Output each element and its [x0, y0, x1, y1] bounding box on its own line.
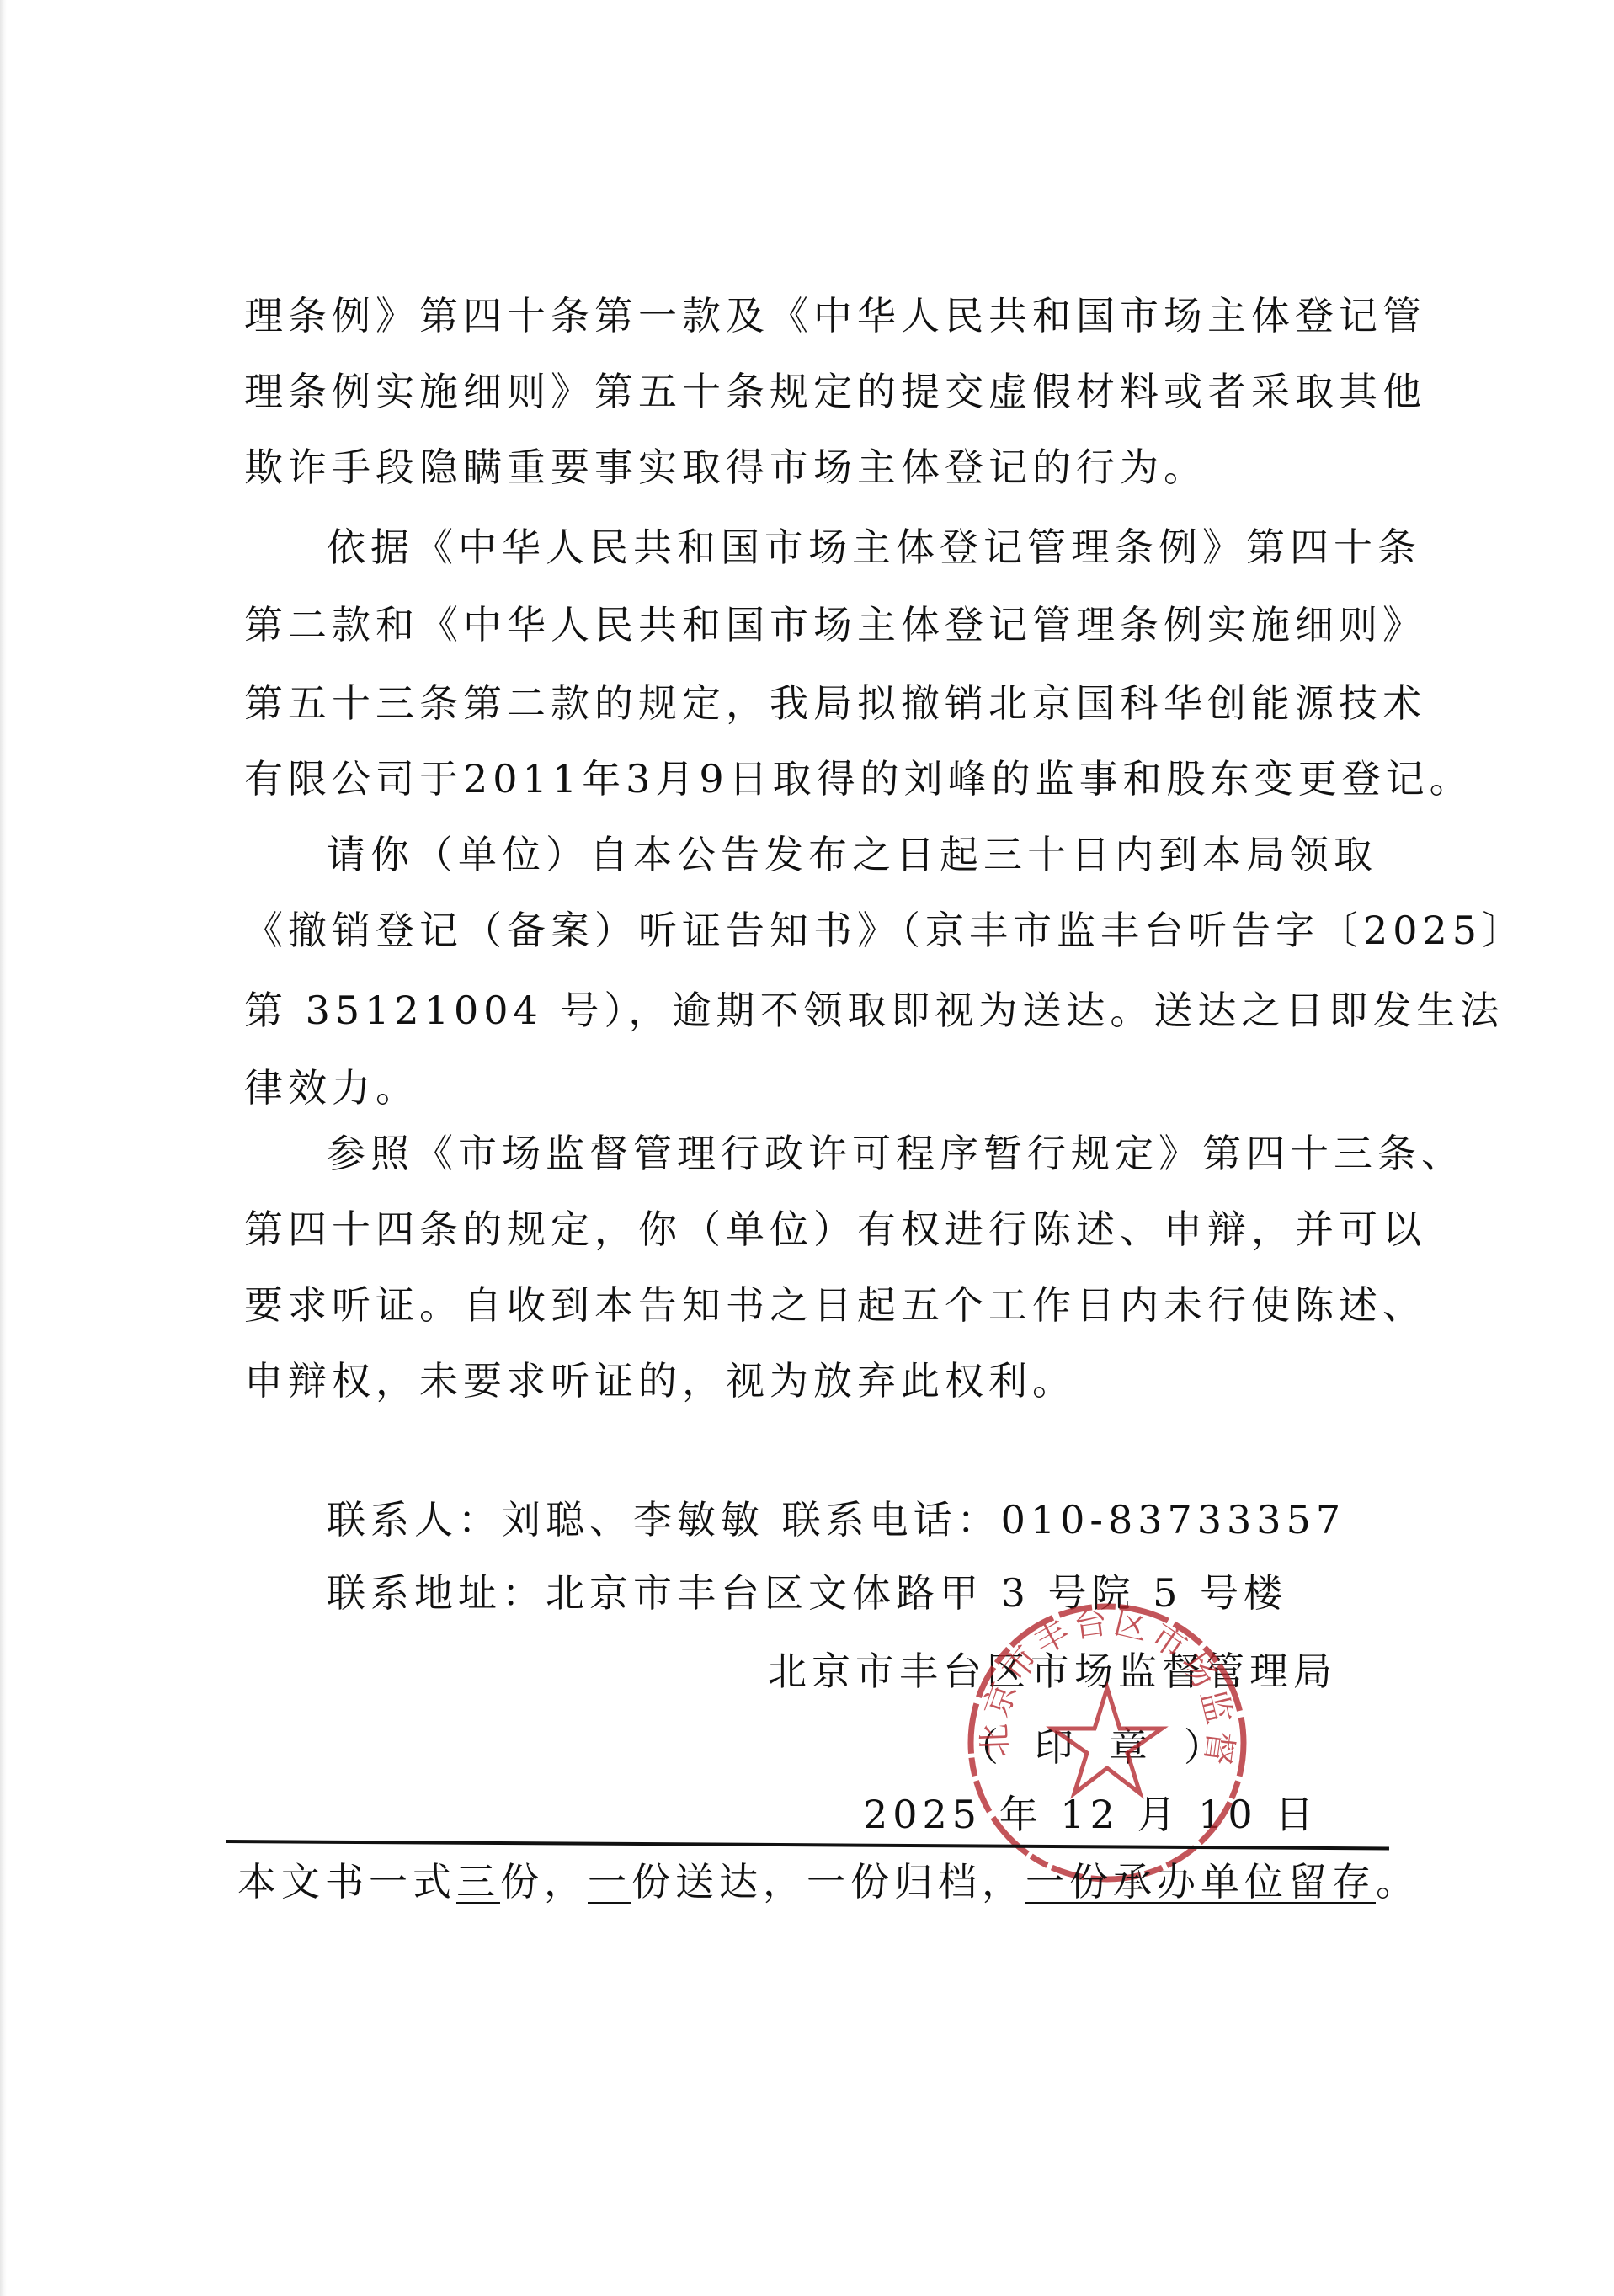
paragraph-2-line-2: 第二款和《中华人民共和国市场主体登记管理条例实施细则》	[244, 599, 1426, 650]
copies-suffix: 份，	[500, 1859, 588, 1904]
paragraph-1-line-3: 欺诈手段隐瞒重要事实取得市场主体登记的行为。	[244, 442, 1207, 493]
scan-edge-shadow	[0, 0, 7, 2296]
copies-prefix: 本文书一式	[237, 1859, 456, 1904]
paragraph-3-line-4: 律效力。	[244, 1063, 419, 1113]
paragraph-2-line-4: 有限公司于2011年3月9日取得的刘峰的监事和股东变更登记。	[244, 754, 1473, 804]
footer-divider	[226, 1840, 1389, 1850]
paragraph-3-line-2: 《撤销登记（备案）听证告知书》（京丰市监丰台听告字〔2025〕	[244, 905, 1526, 956]
copy-retained: 一份承办单位留存	[1025, 1859, 1376, 1904]
paragraph-4-line-1: 参照《市场监督管理行政许可程序暂行规定》第四十三条、	[327, 1128, 1465, 1179]
contact-address: 联系地址：北京市丰台区文体路甲 3 号院 5 号楼	[327, 1568, 1287, 1618]
issuer-name: 北京市丰台区市场监督管理局	[768, 1646, 1337, 1697]
issue-date: 2025 年 12 月 10 日	[863, 1789, 1318, 1840]
paragraph-4-line-3: 要求听证。自收到本告知书之日起五个工作日内未行使陈述、	[244, 1280, 1426, 1330]
copies-statement: 本文书一式三份，一份送达，一份归档，一份承办单位留存。	[237, 1857, 1420, 1907]
copies-count: 三	[456, 1859, 500, 1904]
paragraph-1-line-2: 理条例实施细则》第五十条规定的提交虚假材料或者采取其他	[244, 366, 1426, 417]
paragraph-2-line-3: 第五十三条第二款的规定，我局拟撤销北京国科华创能源技术	[244, 678, 1426, 728]
contact-person-phone: 联系人：刘聪、李敏敏 联系电话：010-83733357	[327, 1494, 1345, 1545]
paragraph-2-line-1: 依据《中华人民共和国市场主体登记管理条例》第四十条	[327, 522, 1421, 573]
paragraph-3-line-3: 第 35121004 号），逾期不领取即视为送达。送达之日即发生法	[244, 985, 1504, 1036]
paragraph-4-line-2: 第四十四条的规定，你（单位）有权进行陈述、申辩，并可以	[244, 1204, 1426, 1255]
copy-served-suffix: 份送达，一份归档，	[631, 1859, 1025, 1904]
paragraph-1-line-1: 理条例》第四十条第一款及《中华人民共和国市场主体登记管	[244, 290, 1426, 341]
copies-end: 。	[1376, 1859, 1420, 1904]
copy-served: 一	[588, 1859, 631, 1904]
seal-label: （ 印 章 ）	[960, 1722, 1234, 1772]
paragraph-4-line-4: 申辩权，未要求听证的，视为放弃此权利。	[244, 1356, 1076, 1406]
paragraph-3-line-1: 请你（单位）自本公告发布之日起三十日内到本局领取	[327, 829, 1377, 880]
